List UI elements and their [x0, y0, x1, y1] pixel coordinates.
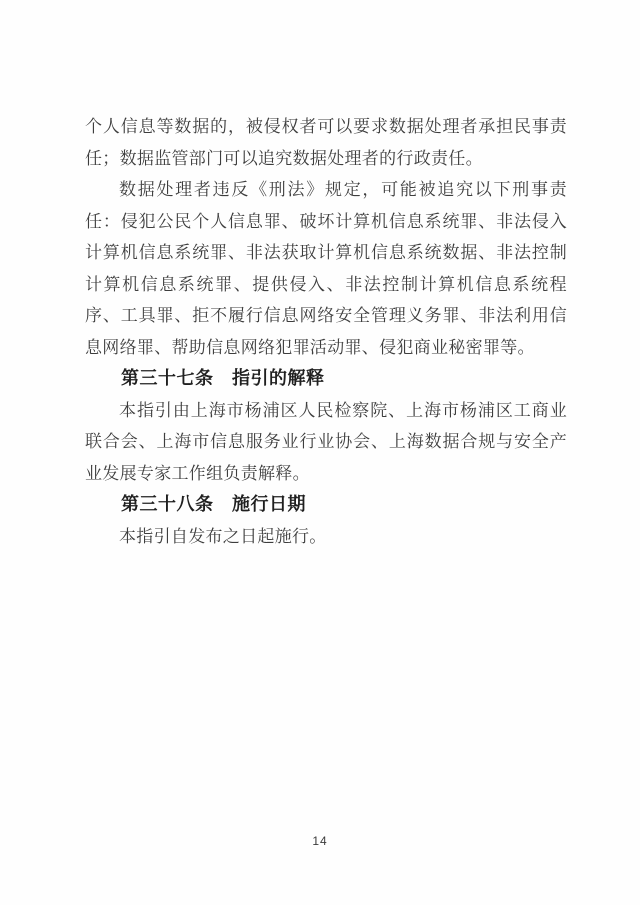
paragraph-civil-liability: 个人信息等数据的，被侵权者可以要求数据处理者承担民事责任；数据监管部门可以追究数…	[85, 111, 567, 174]
document-body: 个人信息等数据的，被侵权者可以要求数据处理者承担民事责任；数据监管部门可以追究数…	[85, 111, 567, 552]
page-number: 14	[0, 834, 640, 848]
paragraph-criminal-liability: 数据处理者违反《刑法》规定，可能被追究以下刑事责任：侵犯公民个人信息罪、破坏计算…	[85, 174, 567, 363]
paragraph-interpretation: 本指引由上海市杨浦区人民检察院、上海市杨浦区工商业联合会、上海市信息服务业行业协…	[85, 395, 567, 490]
paragraph-effective-date: 本指引自发布之日起施行。	[85, 521, 567, 553]
article-37-heading: 第三十七条 指引的解释	[85, 363, 567, 395]
article-38-heading: 第三十八条 施行日期	[85, 489, 567, 521]
document-page: 个人信息等数据的，被侵权者可以要求数据处理者承担民事责任；数据监管部门可以追究数…	[0, 0, 640, 905]
